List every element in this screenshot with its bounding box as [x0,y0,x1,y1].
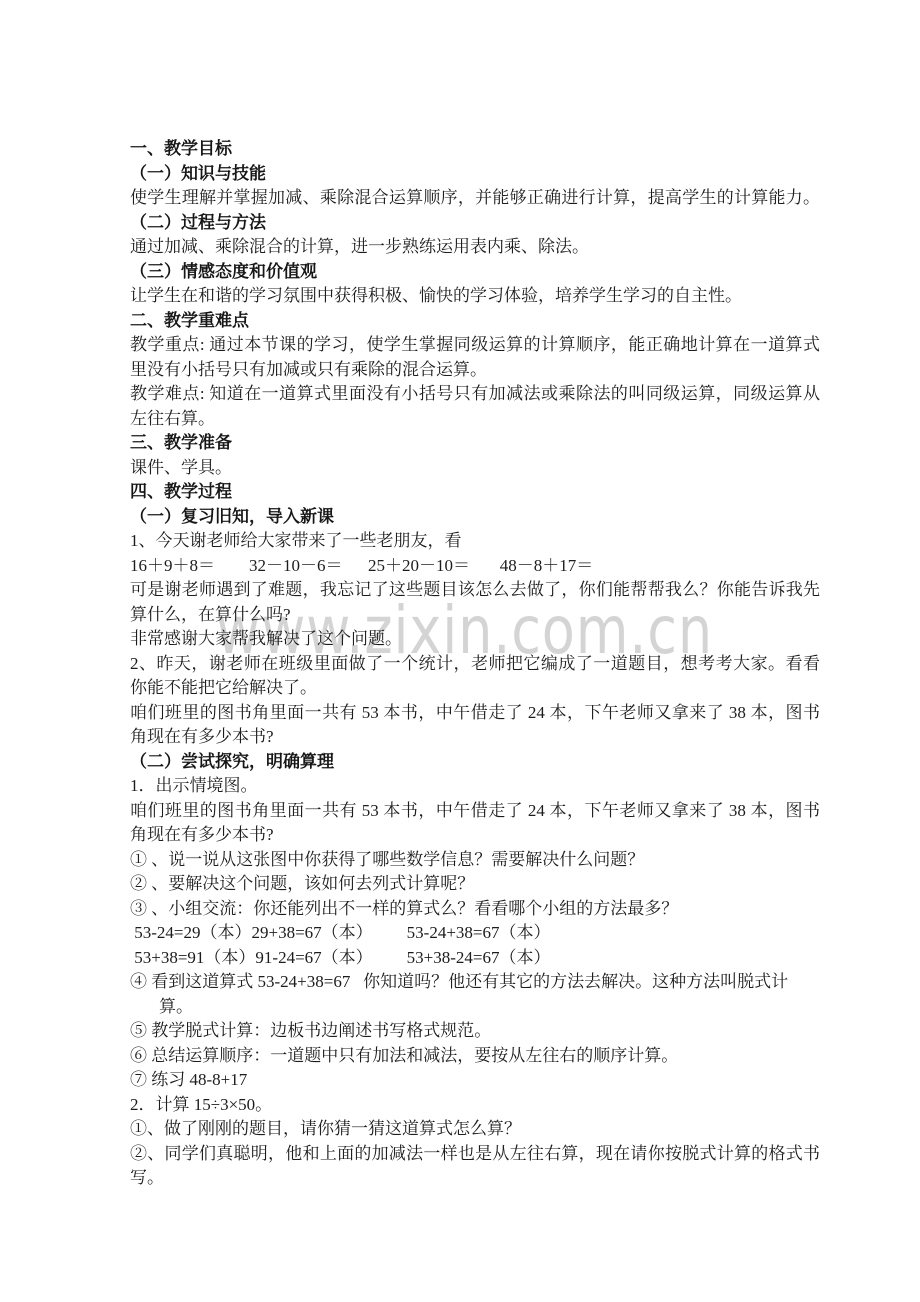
doc-line: 让学生在和谐的学习氛围中获得积极、愉快的学习体验，培养学生学习的自主性。 [130,284,820,309]
doc-line: 算什么，在算什么吗? [130,603,820,628]
doc-line: 四、教学过程 [130,480,820,505]
doc-line: 左往右算。 [130,407,820,432]
doc-line: ④ 看到这道算式 53-24+38=67 你知道吗？他还有其它的方法去解决。这种… [130,970,820,995]
doc-line: 通过加减、乘除混合的计算，进一步熟练运用表内乘、除法。 [130,235,820,260]
doc-line: 2、昨天，谢老师在班级里面做了一个统计，老师把它编成了一道题目，想考考大家。看看 [130,652,820,677]
doc-line: 课件、学具。 [130,456,820,481]
doc-line: 教学重点: 通过本节课的学习，使学生掌握同级运算的计算顺序，能正确地计算在一道算… [130,333,820,358]
document-body: 一、教学目标（一）知识与技能使学生理解并掌握加减、乘除混合运算顺序，并能够正确进… [130,137,820,1191]
doc-line: （二）过程与方法 [130,211,820,236]
doc-line: 算。 [130,995,820,1020]
doc-line: 1、今天谢老师给大家带来了一些老朋友，看 [130,529,820,554]
doc-line: 教学难点: 知道在一道算式里面没有小括号只有加减法或乘除法的叫同级运算，同级运算… [130,382,820,407]
doc-line: （一）复习旧知，导入新课 [130,505,820,530]
doc-line: ① 、说一说从这张图中你获得了哪些数学信息？需要解决什么问题？ [130,848,820,873]
doc-line: ② 、要解决这个问题，该如何去列式计算呢？ [130,872,820,897]
doc-line: ⑥ 总结运算顺序：一道题中只有加法和减法，要按从左往右的顺序计算。 [130,1044,820,1069]
doc-line: 写。 [130,1166,820,1191]
doc-line: 16＋9＋8＝ 32－10－6＝ 25＋20－10＝ 48－8＋17＝ [130,554,820,579]
doc-line: 三、教学准备 [130,431,820,456]
document-page: www.zixin.com.cn 一、教学目标（一）知识与技能使学生理解并掌握加… [0,0,920,1302]
doc-line: 二、教学重难点 [130,309,820,334]
doc-line: 53+38=91（本）91-24=67（本） 53+38-24=67（本） [130,946,820,971]
doc-line: （一）知识与技能 [130,162,820,187]
doc-line: 可是谢老师遇到了难题，我忘记了这些题目该怎么去做了，你们能帮帮我么？你能告诉我先 [130,578,820,603]
doc-line: 1．出示情境图。 [130,774,820,799]
doc-line: ⑤ 教学脱式计算：边板书边阐述书写格式规范。 [130,1019,820,1044]
doc-line: 咱们班里的图书角里面一共有 53 本书，中午借走了 24 本，下午老师又拿来了 … [130,701,820,726]
doc-line: 角现在有多少本书? [130,823,820,848]
doc-line: 里没有小括号只有加减或只有乘除的混合运算。 [130,358,820,383]
doc-line: 角现在有多少本书? [130,725,820,750]
doc-line: 2．计算 15÷3×50。 [130,1093,820,1118]
doc-line: ②、同学们真聪明，他和上面的加减法一样也是从左往右算，现在请你按脱式计算的格式书 [130,1142,820,1167]
doc-line: ③ 、小组交流：你还能列出不一样的算式么？看看哪个小组的方法最多？ [130,897,820,922]
doc-line: 你能不能把它给解决了。 [130,676,820,701]
doc-line: 咱们班里的图书角里面一共有 53 本书，中午借走了 24 本，下午老师又拿来了 … [130,799,820,824]
doc-line: （三）情感态度和价值观 [130,260,820,285]
doc-line: 非常感谢大家帮我解决了这个问题。 [130,627,820,652]
doc-line: ⑦ 练习 48-8+17 [130,1068,820,1093]
doc-line: 一、教学目标 [130,137,820,162]
doc-line: 使学生理解并掌握加减、乘除混合运算顺序，并能够正确进行计算，提高学生的计算能力。 [130,186,820,211]
doc-line: （二）尝试探究，明确算理 [130,750,820,775]
doc-line: 53-24=29（本）29+38=67（本） 53-24+38=67（本） [130,921,820,946]
doc-line: ①、做了刚刚的题目，请你猜一猜这道算式怎么算？ [130,1117,820,1142]
